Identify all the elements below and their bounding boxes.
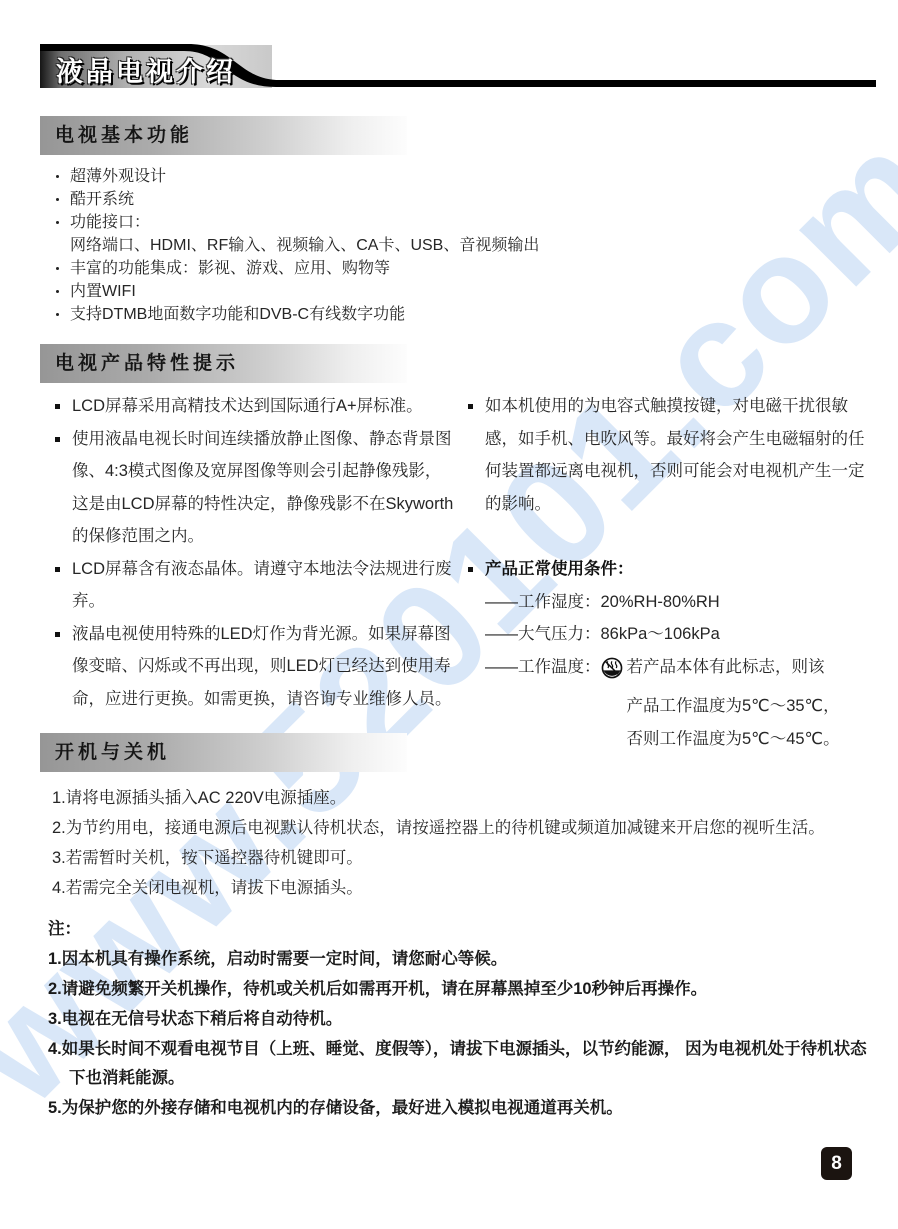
list-item: 4.若需完全关闭电视机，请拔下电源插头。 [52,873,878,903]
page-banner: 液晶电视介绍 [40,40,876,92]
list-item: 如本机使用的为电容式触摸按键，对电磁干扰很敏感，如手机、电吹风等。最好将会产生电… [468,390,880,520]
notes-label: 注： [48,915,880,944]
notes-block: 注： 1.因本机具有操作系统，启动时需要一定时间，请您耐心等候。 2.请避免频繁… [48,915,880,1123]
list-item-text: 液晶电视使用特殊的LED灯作为背光源。如果屏幕图像变暗、闪烁或不再出现，则LED… [72,625,452,708]
square-bullet-icon [55,437,60,442]
list-item: 3.若需暂时关机，按下遥控器待机键即可。 [52,843,878,873]
manual-page: www.520101.com 液晶电视介绍 电视基本功 [0,0,898,1229]
condition-temperature-label: ——工作温度： [485,651,601,684]
bullet-dot-icon [56,221,59,224]
list-item: 丰富的功能集成：影视、游戏、应用、购物等 [40,257,860,280]
square-bullet-icon [468,567,473,572]
list-item-subtext: 网络端口、HDMI、RF输入、视频输入、CA卡、USB、音视频输出 [70,234,860,257]
bullet-dot-icon [56,313,59,316]
list-item: 使用液晶电视长时间连续播放静止图像、静态背景图像、4:3模式图像及宽屏图像等则会… [55,423,457,553]
condition-pressure: ——大气压力：86kPa～106kPa [468,618,880,651]
list-item-text: 支持DTMB地面数字功能和DVB-C有线数字功能 [70,306,405,323]
condition-temperature-line: 产品工作温度为5℃～35℃， [601,690,881,723]
list-item-text: LCD屏幕采用高精技术达到国际通行A+屏标准。 [72,397,423,415]
condition-humidity: ——工作湿度：20%RH-80%RH [468,586,880,619]
list-item: 1.请将电源插头插入AC 220V电源插座。 [52,783,878,813]
condition-temperature: ——工作温度： [468,651,880,756]
normal-use-conditions: 产品正常使用条件： ——工作湿度：20%RH-80%RH ——大气压力：86kP… [468,553,880,755]
page-title: 液晶电视介绍 [56,50,236,89]
list-item-text: LCD屏幕含有液态晶体。请遵守本地法令法规进行废弃。 [72,560,452,611]
section-header-feature-tips: 电视产品特性提示 [40,344,407,383]
page-number-badge: 8 [821,1147,852,1180]
conditions-label: 产品正常使用条件： [485,560,634,578]
list-item: 支持DTMB地面数字功能和DVB-C有线数字功能 [40,303,860,326]
bullet-dot-icon [56,175,59,178]
list-item: 功能接口： 网络端口、HDMI、RF输入、视频输入、CA卡、USB、音视频输出 [40,211,860,257]
list-item: 3.电视在无信号状态下稍后将自动待机。 [48,1005,880,1034]
basic-functions-list: 超薄外观设计 酷开系统 功能接口： 网络端口、HDMI、RF输入、视频输入、CA… [40,165,860,326]
list-item: 酷开系统 [40,188,860,211]
non-tropical-climate-icon [601,657,623,691]
list-item: 液晶电视使用特殊的LED灯作为背光源。如果屏幕图像变暗、闪烁或不再出现，则LED… [55,618,457,716]
section-header-basic-functions: 电视基本功能 [40,116,407,155]
section-header-power-on-off: 开机与关机 [40,733,407,772]
list-item: 4.如果长时间不观看电视节目（上班、睡觉、度假等），请拔下电源插头，以节约能源，… [48,1035,880,1093]
square-bullet-icon [468,404,473,409]
list-item: LCD屏幕含有液态晶体。请遵守本地法令法规进行废弃。 [55,553,457,618]
list-item-text: 功能接口： [70,214,150,231]
list-item: 2.请避免频繁开关机操作，待机或关机后如需再开机，请在屏幕黑掉至少10秒钟后再操… [48,975,880,1004]
list-item-text: 使用液晶电视长时间连续播放静止图像、静态背景图像、4:3模式图像及宽屏图像等则会… [72,430,453,546]
list-item-text: 超薄外观设计 [70,168,166,185]
condition-temperature-line: 若产品本体有此标志，则该 [627,651,825,684]
square-bullet-icon [55,567,60,572]
list-item-text: 酷开系统 [70,191,134,208]
feature-tips-left-list: LCD屏幕采用高精技术达到国际通行A+屏标准。 使用液晶电视长时间连续播放静止图… [55,390,457,715]
power-steps-list: 1.请将电源插头插入AC 220V电源插座。 2.为节约用电，接通电源后电视默认… [52,783,878,903]
feature-tips-left-column: LCD屏幕采用高精技术达到国际通行A+屏标准。 使用液晶电视长时间连续播放静止图… [55,390,457,715]
list-item: 超薄外观设计 [40,165,860,188]
square-bullet-icon [55,632,60,637]
feature-tips-right-list: 如本机使用的为电容式触摸按键，对电磁干扰很敏感，如手机、电吹风等。最好将会产生电… [468,390,880,520]
list-item-text: 丰富的功能集成：影视、游戏、应用、购物等 [70,260,390,277]
list-item-text: 内置WIFI [70,283,136,300]
condition-temperature-line: 否则工作温度为5℃～45℃。 [601,723,881,756]
list-item: LCD屏幕采用高精技术达到国际通行A+屏标准。 [55,390,457,423]
list-item-text: 如本机使用的为电容式触摸按键，对电磁干扰很敏感，如手机、电吹风等。最好将会产生电… [485,397,865,513]
bullet-dot-icon [56,290,59,293]
feature-tips-right-column: 如本机使用的为电容式触摸按键，对电磁干扰很敏感，如手机、电吹风等。最好将会产生电… [468,390,880,755]
list-item: 2.为节约用电，接通电源后电视默认待机状态，请按遥控器上的待机键或频道加减键来开… [52,813,878,843]
list-item: 5.为保护您的外接存储和电视机内的存储设备，最好进入模拟电视通道再关机。 [48,1094,880,1123]
list-item: 内置WIFI [40,280,860,303]
list-item: 1.因本机具有操作系统，启动时需要一定时间，请您耐心等候。 [48,945,880,974]
square-bullet-icon [55,404,60,409]
notes-list: 1.因本机具有操作系统，启动时需要一定时间，请您耐心等候。 2.请避免频繁开关机… [48,945,880,1123]
bullet-dot-icon [56,198,59,201]
bullet-dot-icon [56,267,59,270]
